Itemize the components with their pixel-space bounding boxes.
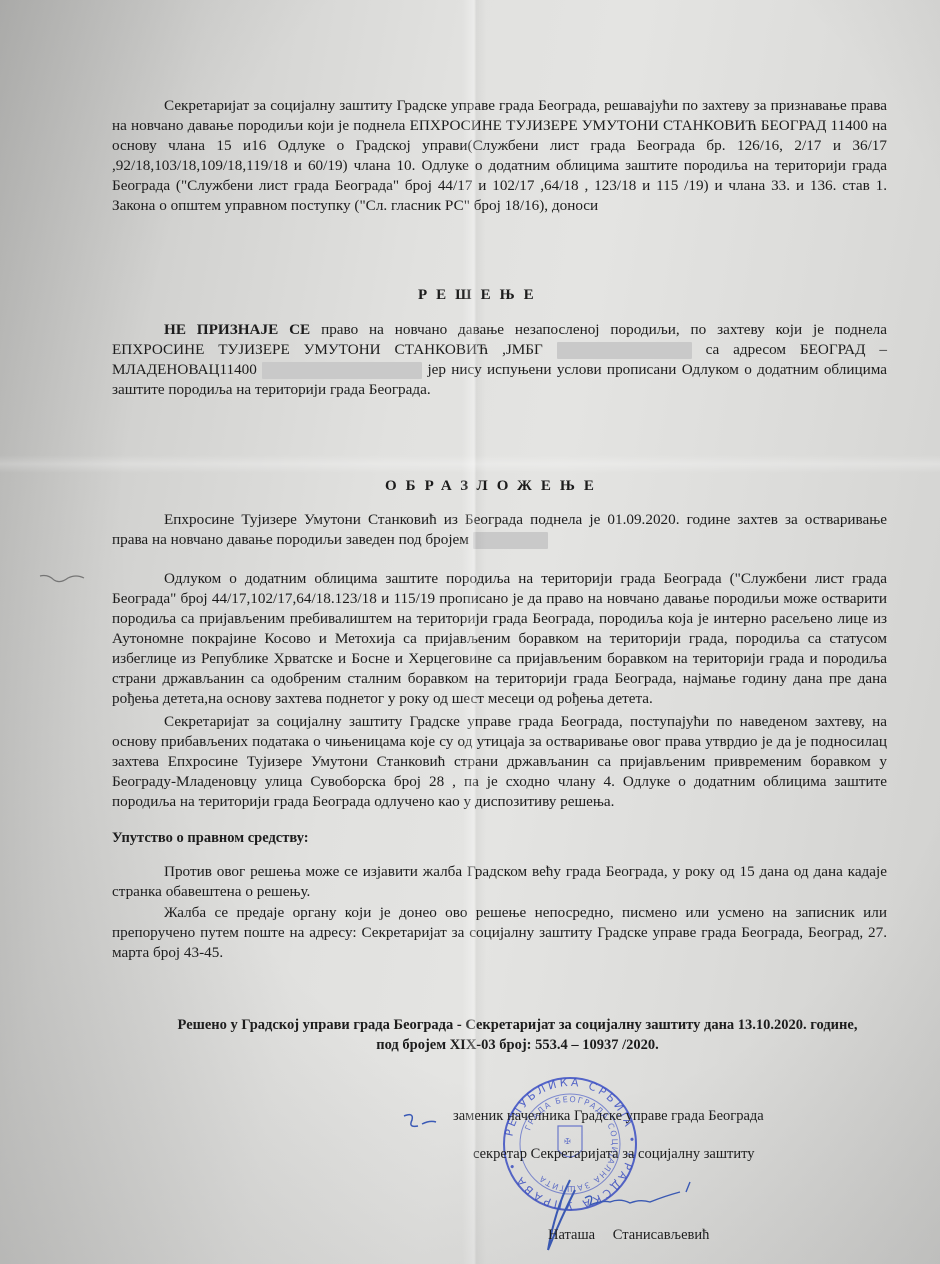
redacted-jmbg xyxy=(557,342,692,359)
reasoning-paragraph-1: Епхросине Тујизере Умутони Станковић из … xyxy=(112,510,887,550)
svg-text:✠: ✠ xyxy=(564,1137,571,1146)
decision-paragraph: НЕ ПРИЗНАЈЕ СЕ право на новчано давање н… xyxy=(112,320,887,400)
decision-footer: Решено у Градској управи града Београда … xyxy=(150,1015,885,1055)
initial-scribble-icon xyxy=(400,1110,440,1135)
decision-title: РЕШЕЊЕ xyxy=(418,287,543,304)
legal-remedy-paragraph-2: Жалба се предаје органу који је донео ов… xyxy=(112,903,887,963)
footer-line-2: под бројем XIX-03 број: 553.4 – 10937 /2… xyxy=(150,1035,885,1055)
intro-paragraph: Секретаријат за социјалну заштиту Градск… xyxy=(112,96,887,216)
reasoning-paragraph-3: Секретаријат за социјалну заштиту Градск… xyxy=(112,712,887,812)
margin-scribble-icon xyxy=(38,572,88,586)
footer-line-1: Решено у Градској управи града Београда … xyxy=(150,1015,885,1035)
signatory-name: Наташа Станисављевић xyxy=(548,1227,709,1244)
legal-remedy-paragraph-1: Против овог решења може се изјавити жалб… xyxy=(112,862,887,902)
decision-lead: НЕ ПРИЗНАЈЕ СЕ xyxy=(164,321,310,338)
legal-remedy-heading: Упутство о правном средству: xyxy=(112,830,309,847)
redacted-address xyxy=(262,362,422,379)
redacted-case-number xyxy=(473,532,548,549)
document-page: Секретаријат за социјалну заштиту Градск… xyxy=(0,0,940,1264)
reasoning-title: ОБРАЗЛОЖЕЊЕ xyxy=(385,478,603,495)
signature-title-1: заменик начелника Градске управе града Б… xyxy=(453,1108,764,1125)
signature-title-2: секретар Секретаријата за социјалну зашт… xyxy=(473,1146,755,1163)
reasoning-paragraph-2: Одлуком о додатним облицима заштите поро… xyxy=(112,569,887,709)
